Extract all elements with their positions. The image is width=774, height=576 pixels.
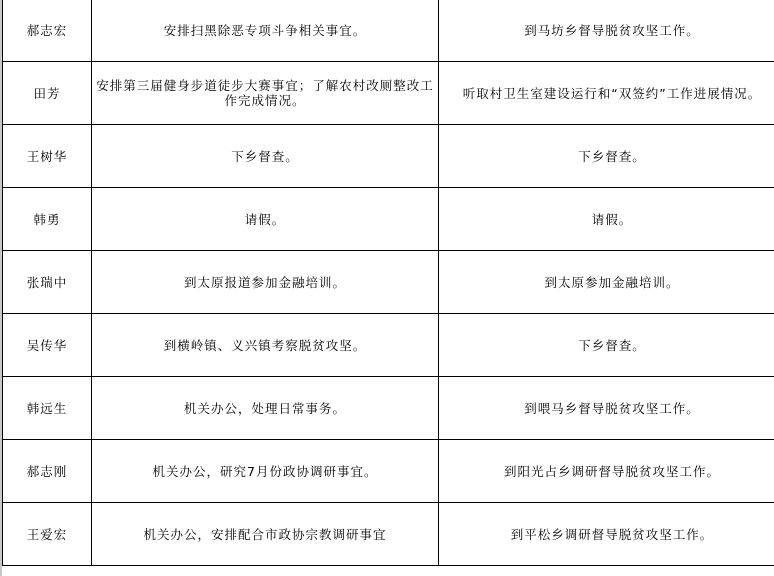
schedule-cell-a[interactable]: 下乡督查。 <box>92 125 439 188</box>
schedule-cell-b[interactable]: 下乡督查。 <box>439 125 774 188</box>
schedule-cell-a[interactable]: 机关办公，安排配合市政协宗教调研事宜 <box>92 503 439 566</box>
name-cell[interactable]: 王爱宏 <box>3 503 92 566</box>
schedule-cell-b[interactable]: 下乡督查。 <box>439 314 774 377</box>
table-row: 王爱宏 机关办公，安排配合市政协宗教调研事宜 到平松乡调研督导脱贫攻坚工作。 <box>3 503 774 566</box>
schedule-cell-b[interactable]: 到阳光占乡调研督导脱贫攻坚工作。 <box>439 440 774 503</box>
schedule-cell-b[interactable]: 到太原参加金融培训。 <box>439 251 774 314</box>
schedule-cell-a[interactable]: 到太原报道参加金融培训。 <box>92 251 439 314</box>
schedule-cell-a[interactable]: 到横岭镇、义兴镇考察脱贫攻坚。 <box>92 314 439 377</box>
name-cell[interactable]: 张瑞中 <box>3 251 92 314</box>
schedule-cell-b[interactable]: 到喂马乡督导脱贫攻坚工作。 <box>439 377 774 440</box>
table-row: 吴传华 到横岭镇、义兴镇考察脱贫攻坚。 下乡督查。 <box>3 314 774 377</box>
table-row: 韩勇 请假。 请假。 <box>3 188 774 251</box>
name-cell[interactable]: 郝志刚 <box>3 440 92 503</box>
table-row: 韩远生 机关办公，处理日常事务。 到喂马乡督导脱贫攻坚工作。 <box>3 377 774 440</box>
name-cell[interactable]: 韩远生 <box>3 377 92 440</box>
name-cell[interactable]: 田芳 <box>3 62 92 125</box>
schedule-cell-a[interactable]: 请假。 <box>92 188 439 251</box>
schedule-cell-b[interactable]: 到马坊乡督导脱贫攻坚工作。 <box>439 0 774 62</box>
name-cell[interactable]: 王树华 <box>3 125 92 188</box>
table-row: 张瑞中 到太原报道参加金融培训。 到太原参加金融培训。 <box>3 251 774 314</box>
table-row: 王树华 下乡督查。 下乡督查。 <box>3 125 774 188</box>
name-cell[interactable]: 郝志宏 <box>3 0 92 62</box>
schedule-cell-b[interactable]: 听取村卫生室建设运行和“双签约”工作进展情况。 <box>439 62 774 125</box>
schedule-cell-a[interactable]: 机关办公，处理日常事务。 <box>92 377 439 440</box>
schedule-cell-b[interactable]: 请假。 <box>439 188 774 251</box>
table-row: 田芳 安排第三届健身步道徒步大赛事宜；了解农村改厕整改工作完成情况。 听取村卫生… <box>3 62 774 125</box>
schedule-cell-a[interactable]: 安排扫黑除恶专项斗争相关事宜。 <box>92 0 439 62</box>
table-row: 郝志刚 机关办公，研究7月份政协调研事宜。 到阳光占乡调研督导脱贫攻坚工作。 <box>3 440 774 503</box>
name-cell[interactable]: 吴传华 <box>3 314 92 377</box>
schedule-cell-a[interactable]: 安排第三届健身步道徒步大赛事宜；了解农村改厕整改工作完成情况。 <box>92 62 439 125</box>
name-cell[interactable]: 韩勇 <box>3 188 92 251</box>
table-row: 郝志宏 安排扫黑除恶专项斗争相关事宜。 到马坊乡督导脱贫攻坚工作。 <box>3 0 774 62</box>
schedule-cell-b[interactable]: 到平松乡调研督导脱贫攻坚工作。 <box>439 503 774 566</box>
schedule-table: 郝志宏 安排扫黑除恶专项斗争相关事宜。 到马坊乡督导脱贫攻坚工作。 田芳 安排第… <box>2 0 774 566</box>
schedule-cell-a[interactable]: 机关办公，研究7月份政协调研事宜。 <box>92 440 439 503</box>
